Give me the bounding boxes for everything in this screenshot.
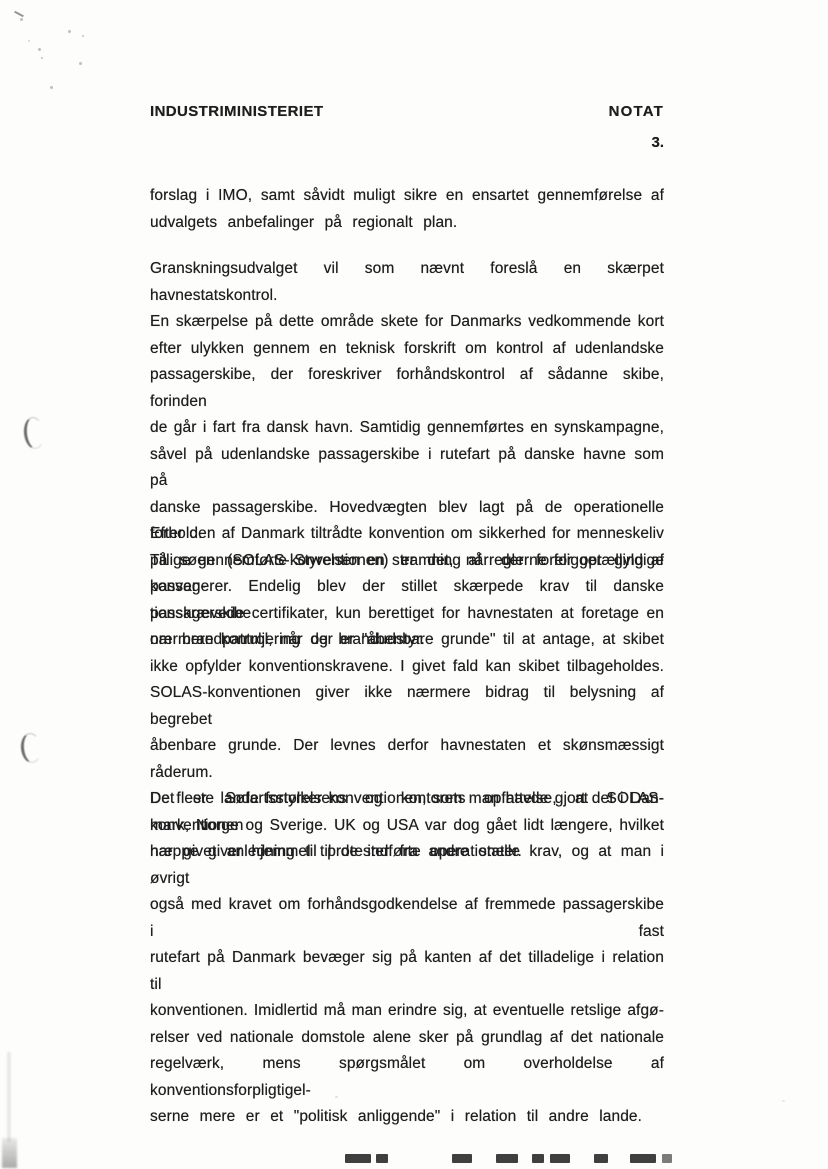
text-line: passagerskibe, der foreskriver forhåndsk… xyxy=(150,362,664,415)
paragraph: forslag i IMO, samt såvidt muligt sikre … xyxy=(150,183,664,236)
page-header: INDUSTRIMINISTERIET NOTAT xyxy=(150,103,664,120)
scan-speck xyxy=(28,40,30,42)
scanned-memo-page: INDUSTRIMINISTERIET NOTAT 3. forslag i I… xyxy=(0,0,828,1169)
text-line: udvalgets anbefalinger på regionalt plan… xyxy=(150,210,664,237)
text-line: efter ulykken gennem en teknisk forskrif… xyxy=(150,336,664,363)
scan-edge-streak xyxy=(7,1052,11,1142)
text-line: ikke opfylder konventionskravene. I give… xyxy=(150,654,664,681)
text-line: næppe giver hjemmel til de indførte oper… xyxy=(150,839,664,892)
scan-speck xyxy=(50,86,53,89)
text-line: Det er Søfartsstyrelsens og kontorets op… xyxy=(150,786,664,839)
scan-corner-mark xyxy=(14,11,24,17)
scan-artifact-bar-segment xyxy=(532,1154,544,1163)
page-number: 3. xyxy=(150,134,664,151)
text-line: serne mere er et "politisk anliggende" i… xyxy=(150,1104,664,1131)
scan-artifact-bar-segment xyxy=(550,1154,570,1163)
hole-punch-shadow-bottom xyxy=(19,732,42,764)
text-line: En skærpelse på dette område skete for D… xyxy=(150,309,664,336)
text-line: Efter den af Danmark tiltrådte konventio… xyxy=(150,521,664,548)
text-line: de går i fart fra dansk havn. Samtidig g… xyxy=(150,415,664,442)
ministry-name: INDUSTRIMINISTERIET xyxy=(150,103,323,120)
document-type-label: NOTAT xyxy=(609,103,664,120)
text-line: SOLAS-konventionen giver ikke nærmere bi… xyxy=(150,680,664,733)
text-line: nærmere kontrol, når der er "åbenbare gr… xyxy=(150,627,664,654)
text-line: relser ved nationale domstole alene sker… xyxy=(150,1025,664,1052)
scan-artifact-bar-segment xyxy=(594,1154,608,1163)
scan-artifact-bar-segment xyxy=(496,1154,518,1163)
text-line: rutefart på Danmark bevæger sig på kante… xyxy=(150,945,664,998)
text-line: på søen (SOLAS-konventionen) er det, når… xyxy=(150,548,664,601)
text-line: tionskrævede certifikater, kun berettige… xyxy=(150,601,664,628)
text-line: Granskningsudvalget vil som nævnt foresl… xyxy=(150,256,664,309)
paragraph: Det er Søfartsstyrelsens og kontorets op… xyxy=(150,786,664,1131)
text-line: også med kravet om forhåndsgodkendelse a… xyxy=(150,892,664,945)
text-line: konventionen. Imidlertid må man erindre … xyxy=(150,998,664,1025)
text-line: regelværk, mens spørgsmålet om overholde… xyxy=(150,1051,664,1104)
scan-speck xyxy=(82,35,84,37)
scan-artifact-bar-segment xyxy=(376,1154,388,1163)
scan-speck xyxy=(79,62,82,65)
scan-artifact-bar-segment xyxy=(345,1154,371,1163)
scan-artifact-bar-segment xyxy=(452,1154,472,1163)
scan-artifact-bar-segment xyxy=(662,1154,672,1163)
scan-speck xyxy=(20,18,23,21)
text-line: såvel på udenlandske passagerskibe i rut… xyxy=(150,442,664,495)
text-line: åbenbare grunde. Der levnes derfor havne… xyxy=(150,733,664,786)
scan-artifact-bar-segment xyxy=(630,1154,656,1163)
text-line: forslag i IMO, samt såvidt muligt sikre … xyxy=(150,183,664,210)
scan-speck xyxy=(68,30,71,33)
scan-speck xyxy=(38,48,41,51)
scan-smudge-bottom-left xyxy=(2,1138,17,1168)
hole-punch-shadow-top xyxy=(22,416,45,450)
scan-speck xyxy=(41,57,43,59)
scan-speck xyxy=(335,1096,338,1098)
scan-speck xyxy=(782,1100,785,1102)
